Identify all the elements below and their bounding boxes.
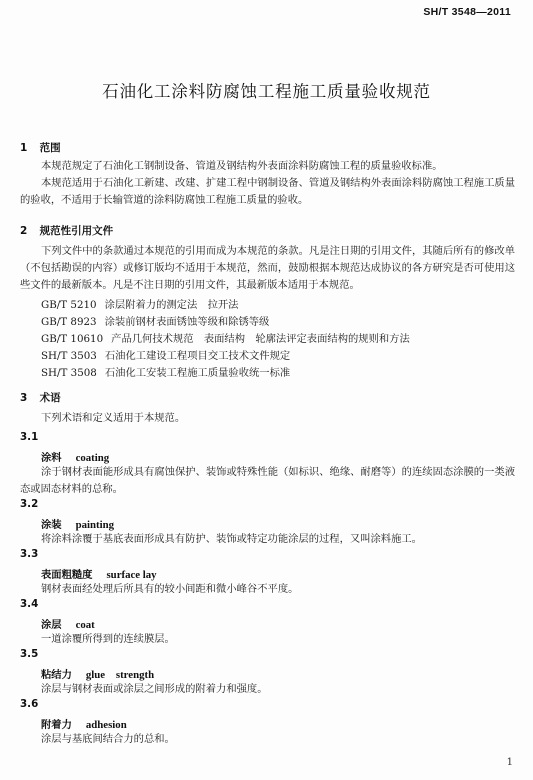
section-heading-normative-references: 2 规范性引用文件 [20, 223, 113, 238]
term-en: adhesion [86, 719, 127, 731]
section-number: 2 [20, 225, 36, 237]
term-number: 3.5 [20, 648, 38, 660]
term-number: 3.2 [20, 498, 38, 510]
term-zh: 涂层 [41, 619, 62, 631]
section-title: 范围 [40, 142, 61, 154]
reference-code: GB/T 8923 [41, 316, 97, 328]
term-zh: 粘结力 [41, 669, 72, 681]
reference-code: SH/T 3503 [41, 350, 97, 362]
paragraph: 下列文件中的条款通过本规范的引用而成为本规范的条款。凡是注日期的引用文件，其随后… [20, 243, 515, 294]
reference-title: 石油化工建设工程项目交工技术文件规定 [105, 350, 290, 362]
term-name: 涂装painting [41, 516, 114, 531]
term-definition: 将涂料涂覆于基底表面形成具有防护、装饰或特定功能涂层的过程，又叫涂料施工。 [20, 531, 515, 548]
section-heading-terms: 3 术语 [20, 390, 61, 405]
document-title: 石油化工涂料防腐蚀工程施工质量验收规范 [0, 78, 533, 102]
reference-title: 产品几何技术规范 表面结构 轮廓法评定表面结构的规则和方法 [111, 333, 410, 345]
term-name: 涂料coating [41, 449, 109, 464]
section-title: 术语 [40, 392, 61, 404]
reference-item: SH/T 3508石油化工安装工程施工质量验收统一标准 [41, 364, 290, 379]
term-number: 3.6 [20, 698, 38, 710]
reference-item: GB/T 8923涂装前钢材表面锈蚀等级和除锈等级 [41, 313, 269, 328]
term-zh: 附着力 [41, 719, 72, 731]
term-number: 3.3 [20, 548, 38, 560]
standard-code: SH/T 3548—2011 [423, 6, 511, 18]
term-definition: 一道涂覆所得到的连续膜层。 [20, 631, 515, 648]
reference-code: GB/T 10610 [41, 333, 103, 345]
section-number: 1 [20, 142, 36, 154]
term-zh: 涂装 [41, 519, 62, 531]
paragraph: 本规范适用于石油化工新建、改建、扩建工程中钢制设备、管道及钢结构外表面涂料防腐蚀… [20, 175, 515, 209]
section-heading-scope: 1 范围 [20, 140, 61, 155]
term-zh: 表面粗糙度 [41, 569, 92, 581]
term-definition: 涂层与钢材表面或涂层之间形成的附着力和强度。 [20, 681, 515, 698]
term-en: glue strength [86, 669, 154, 681]
term-zh: 涂料 [41, 452, 62, 464]
term-name: 粘结力glue strength [41, 666, 154, 682]
term-definition: 钢材表面经处理后所具有的较小间距和微小峰谷不平度。 [20, 581, 515, 598]
term-en: coat [76, 619, 95, 631]
reference-item: GB/T 5210涂层附着力的测定法 拉开法 [41, 296, 238, 311]
section-number: 3 [20, 392, 36, 404]
term-number: 3.1 [20, 431, 38, 443]
term-en: surface lay [106, 569, 156, 581]
term-definition: 涂层与基底间结合力的总和。 [20, 731, 515, 748]
reference-code: SH/T 3508 [41, 367, 97, 379]
reference-item: SH/T 3503石油化工建设工程项目交工技术文件规定 [41, 347, 290, 362]
term-en: coating [76, 452, 110, 464]
term-name: 涂层coat [41, 616, 95, 631]
reference-item: GB/T 10610产品几何技术规范 表面结构 轮廓法评定表面结构的规则和方法 [41, 330, 410, 345]
reference-code: GB/T 5210 [41, 299, 97, 311]
term-number: 3.4 [20, 598, 38, 610]
paragraph: 本规范规定了石油化工钢制设备、管道及钢结构外表面涂料防腐蚀工程的质量验收标准。 [20, 158, 515, 175]
term-definition: 涂于钢材表面能形成具有腐蚀保护、装饰或特殊性能（如标识、绝缘、耐磨等）的连续固态… [20, 464, 515, 498]
reference-title: 石油化工安装工程施工质量验收统一标准 [105, 367, 290, 379]
section-title: 规范性引用文件 [40, 225, 114, 237]
reference-title: 涂装前钢材表面锈蚀等级和除锈等级 [105, 316, 270, 328]
page-number: 1 [507, 757, 513, 768]
reference-title: 涂层附着力的测定法 拉开法 [105, 299, 239, 311]
paragraph: 下列术语和定义适用于本规范。 [20, 410, 515, 427]
term-en: painting [76, 519, 114, 531]
term-name: 附着力adhesion [41, 716, 127, 731]
term-name: 表面粗糙度surface lay [41, 566, 157, 581]
document-page: SH/T 3548—2011 石油化工涂料防腐蚀工程施工质量验收规范 1 范围 … [0, 0, 533, 780]
